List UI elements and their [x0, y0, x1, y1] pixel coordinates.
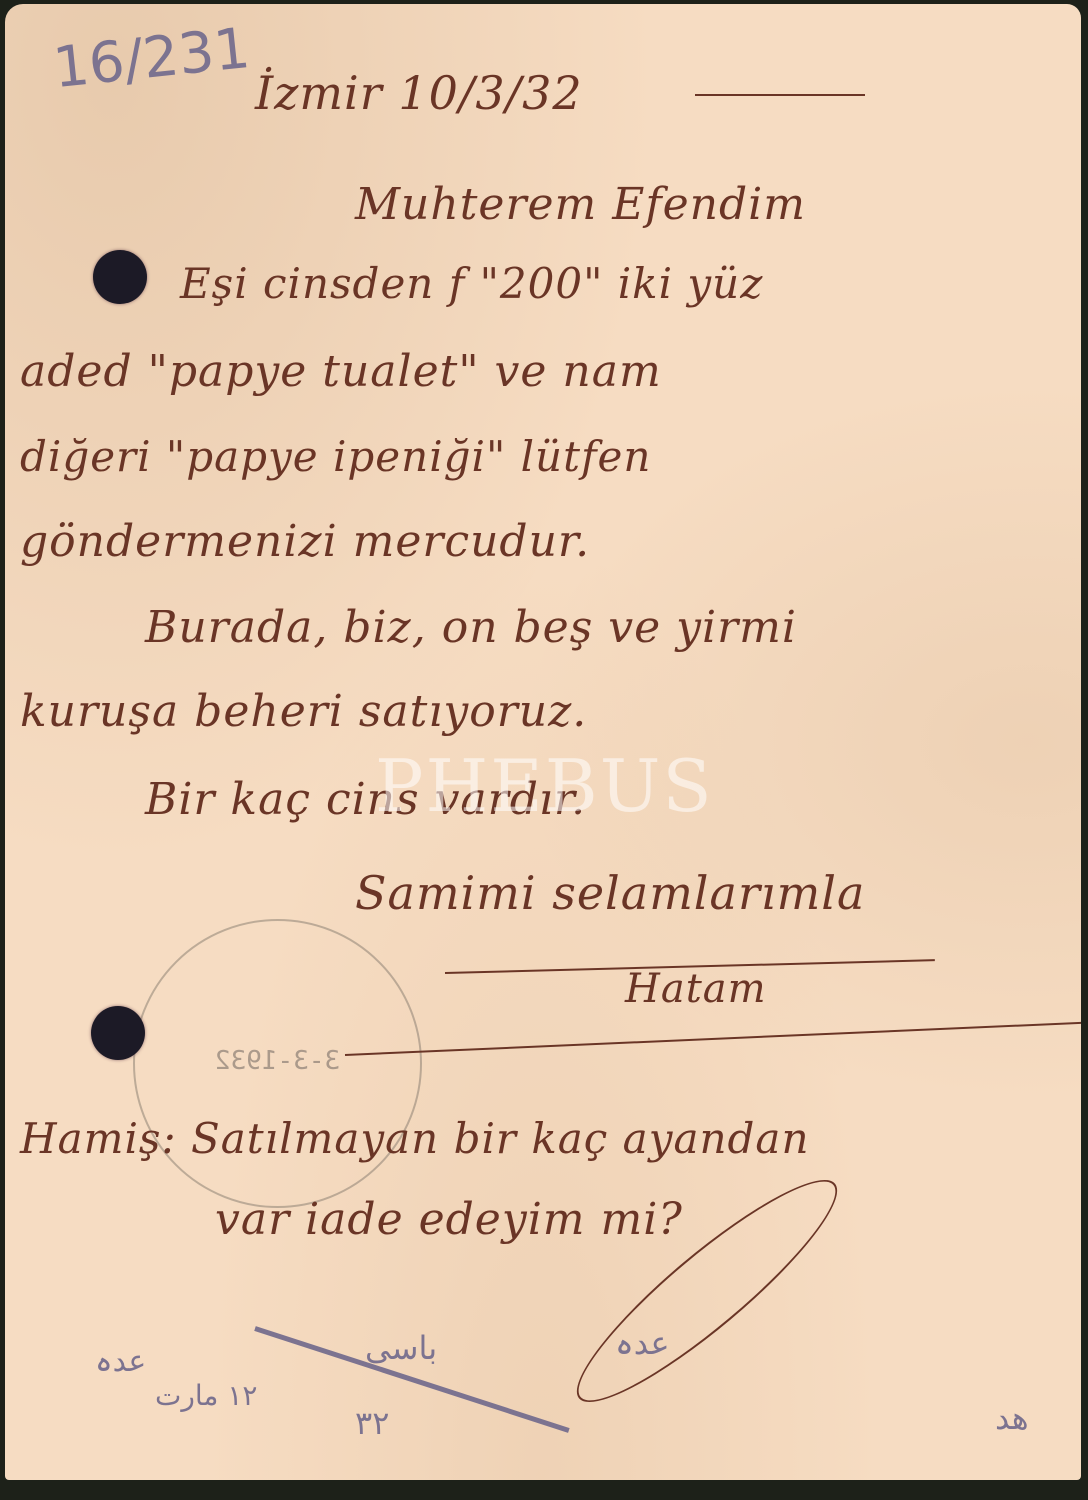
date-underline: [695, 94, 865, 96]
ottoman-note-5: ١٢ مارت: [155, 1379, 257, 1412]
letter-line-1: Eşi cinsden f "200" iki yüz: [180, 259, 763, 308]
letter-line-2: aded "papye tualet" ve nam: [20, 346, 662, 397]
archive-number: 16/231: [50, 16, 253, 101]
postmark: 3-3-1932: [133, 919, 422, 1208]
ottoman-note-6: هد: [995, 1399, 1029, 1437]
punch-hole-top: [93, 250, 147, 304]
closing: Samimi selamlarımla: [355, 866, 865, 920]
signature: Hatam: [625, 966, 767, 1012]
ottoman-note-3: ۳۲: [355, 1404, 389, 1442]
postscript-line-1: Hamiş: Satılmayan bir kaç ayandan: [20, 1114, 810, 1163]
postmark-date: 3-3-1932: [135, 1046, 420, 1076]
letter-line-3: diğeri "papye ipeniği" lütfen: [20, 432, 651, 481]
ottoman-note-1: عدہ: [95, 1344, 146, 1379]
salutation: Muhterem Efendim: [355, 179, 806, 230]
signature-flourish-bottom: [345, 1022, 1081, 1056]
letter-line-6: kuruşa beheri satıyoruz.: [20, 686, 587, 737]
postcard: 16/231 İzmir 10/3/32 Muhterem Efendim Eş…: [5, 4, 1081, 1480]
letter-line-5: Burada, biz, on beş ve yirmi: [145, 602, 797, 653]
letter-line-4: göndermenizi mercudur.: [20, 516, 590, 567]
watermark: PHEBUS: [375, 744, 714, 828]
place-date: İzmir 10/3/32: [255, 66, 583, 120]
postscript-line-2: var iade edeyim mi?: [215, 1194, 683, 1245]
ottoman-note-2: باسی: [365, 1329, 437, 1367]
ottoman-note-4: عدہ: [615, 1324, 670, 1362]
punch-hole-bottom: [91, 1006, 145, 1060]
